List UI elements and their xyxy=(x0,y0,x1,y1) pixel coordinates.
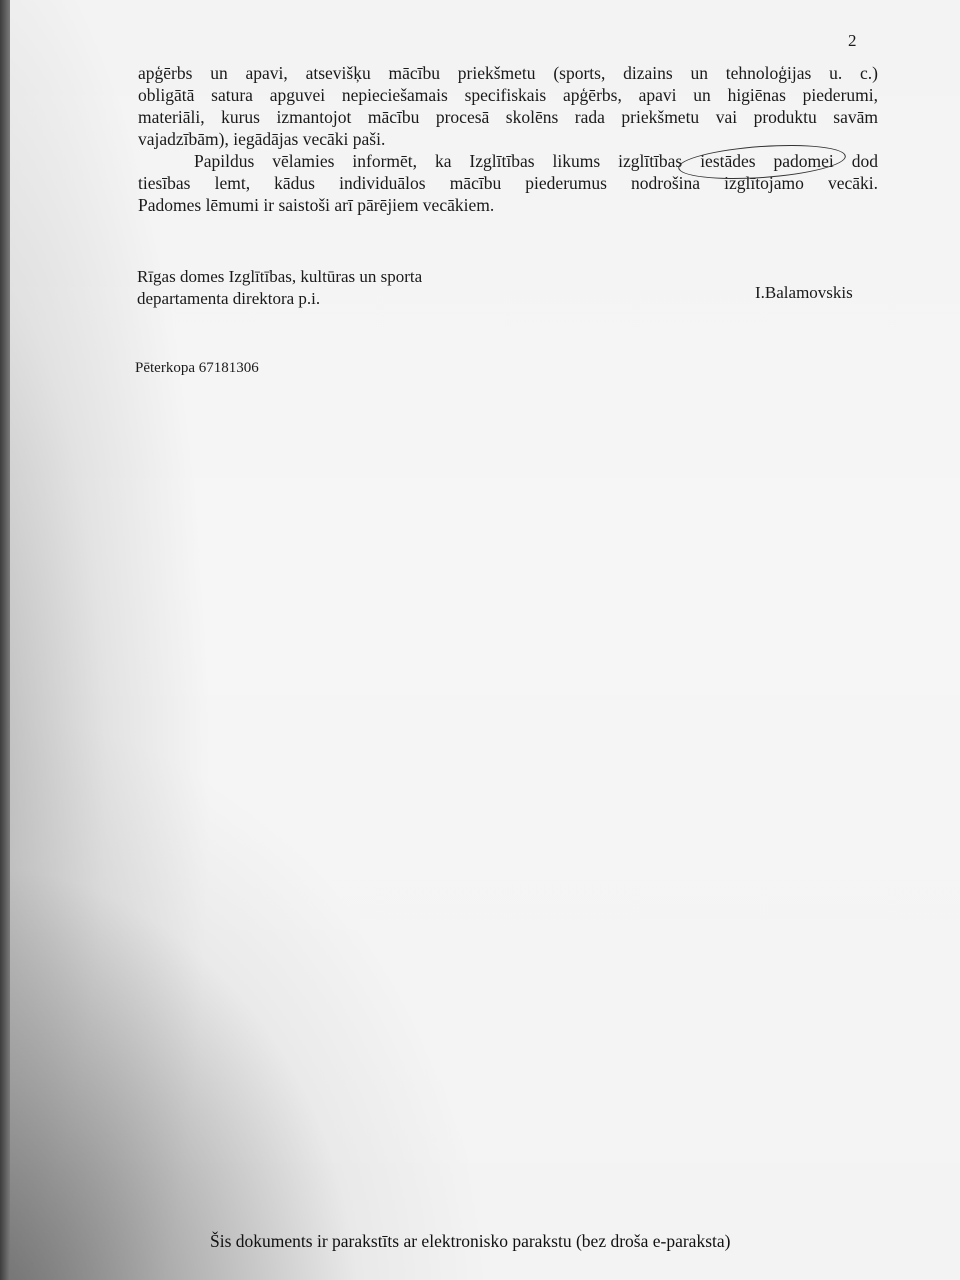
page-number: 2 xyxy=(848,30,857,52)
paragraph-line: obligātā satura apguvei nepieciešamais s… xyxy=(138,84,878,106)
paragraph-line: apģērbs un apavi, atsevišķu mācību priek… xyxy=(138,62,878,84)
signer-name: I.Balamovskis xyxy=(755,282,853,304)
paragraph-line: tiesības lemt, kādus individuālos mācību… xyxy=(138,172,878,194)
signature-organization: Rīgas domes Izglītības, kultūras un spor… xyxy=(137,266,422,310)
paragraph-line: Papildus vēlamies informēt, ka Izglītība… xyxy=(138,150,878,172)
contact-line: Pēterkopa 67181306 xyxy=(135,357,259,379)
table-surface-edge xyxy=(0,0,10,1280)
paragraph-2: Papildus vēlamies informēt, ka Izglītība… xyxy=(138,150,878,216)
paragraph-1: apģērbs un apavi, atsevišķu mācību priek… xyxy=(138,62,878,150)
footer-note: Šis dokuments ir parakstīts ar elektroni… xyxy=(210,1230,730,1252)
paragraph-line: Padomes lēmumi ir saistoši arī pārējiem … xyxy=(138,194,878,216)
organization-line: Rīgas domes Izglītības, kultūras un spor… xyxy=(137,266,422,288)
paragraph-line: vajadzībām), iegādājas vecāki paši. xyxy=(138,128,878,150)
organization-line: departamenta direktora p.i. xyxy=(137,288,422,310)
document-page: 2 apģērbs un apavi, atsevišķu mācību pri… xyxy=(10,0,960,1280)
paragraph-line: materiāli, kurus izmantojot mācību proce… xyxy=(138,106,878,128)
